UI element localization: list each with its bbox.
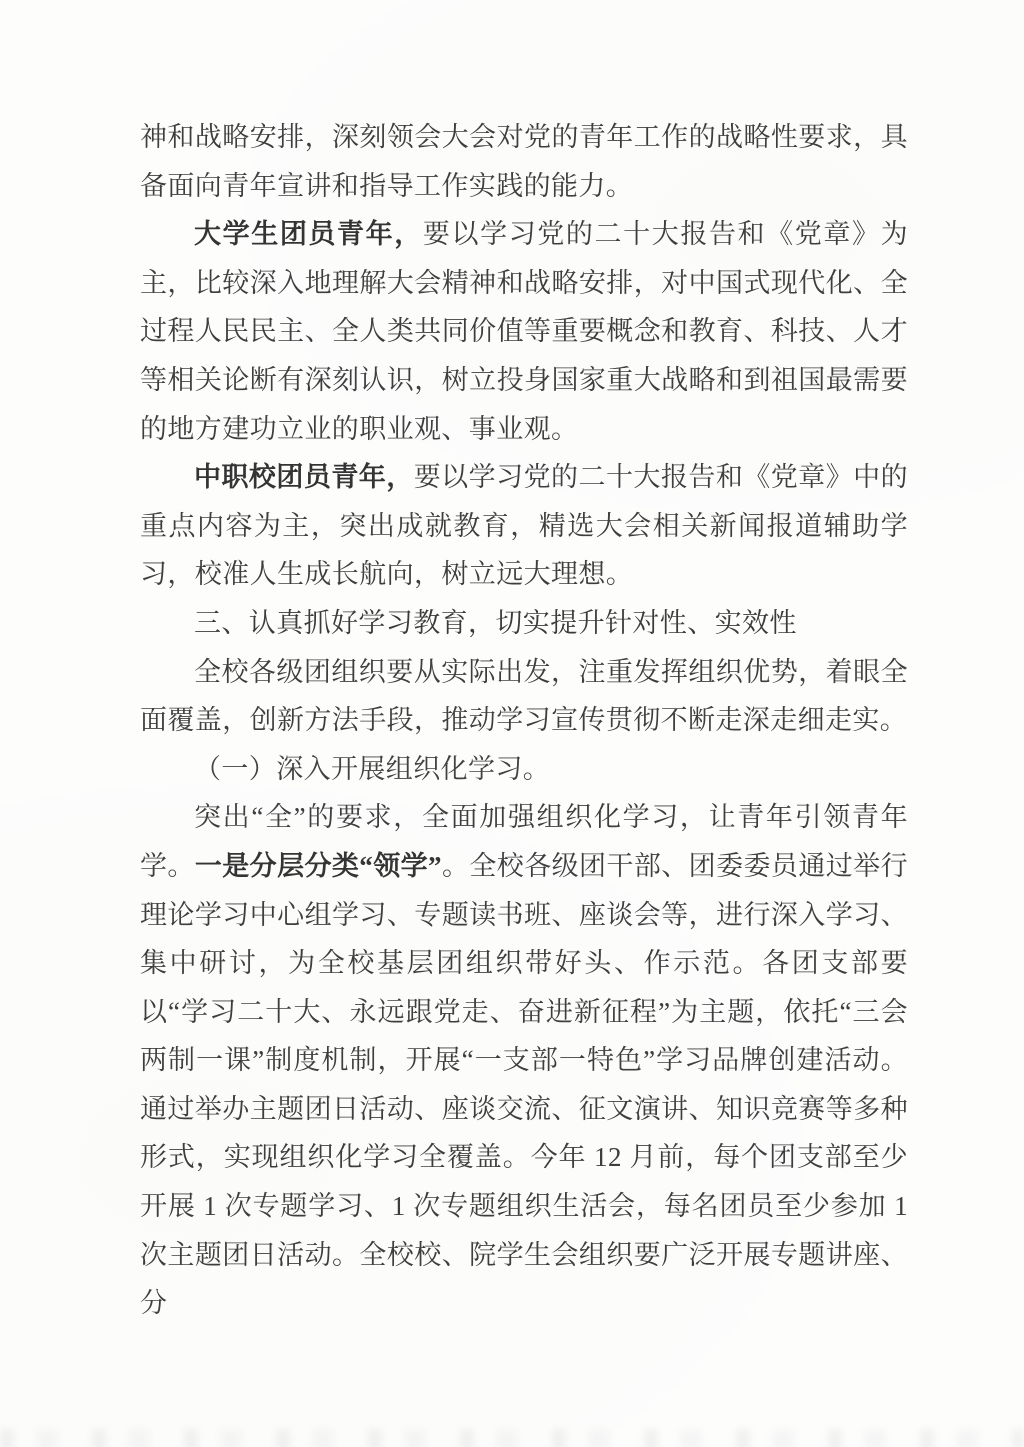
text-segment: （一）深入开展组织化学习。 — [194, 754, 550, 784]
text-segment: 大学生团员青年， — [194, 219, 423, 249]
text-segment: 一是分层分类“领学” — [195, 851, 442, 881]
paragraph: 大学生团员青年，要以学习党的二十大报告和《党章》为主，比较深入地理解大会精神和战… — [140, 210, 908, 453]
scanned-document-page: 神和战略安排，深刻领会大会对党的青年工作的战略性要求，具备面向青年宣讲和指导工作… — [0, 0, 1024, 1447]
paragraph: 突出“全”的要求，全面加强组织化学习，让青年引领青年学。一是分层分类“领学”。全… — [140, 793, 908, 1328]
text-segment: 中职校团员青年， — [194, 462, 414, 492]
section-heading: 三、认真抓好学习教育，切实提升针对性、实效性 — [140, 599, 908, 648]
text-segment: 全校各级团组织要从实际出发，注重发挥组织优势，着眼全面覆盖，创新方法手段，推动学… — [140, 657, 908, 736]
text-segment: 神和战略安排，深刻领会大会对党的青年工作的战略性要求，具备面向青年宣讲和指导工作… — [140, 122, 908, 201]
paragraph: 中职校团员青年，要以学习党的二十大报告和《党章》中的重点内容为主，突出成就教育，… — [140, 453, 908, 599]
page-bleed-through-artifact — [0, 1429, 1024, 1447]
text-segment: 要以学习党的二十大报告和《党章》为主，比较深入地理解大会精神和战略安排，对中国式… — [140, 219, 908, 443]
document-body: 神和战略安排，深刻领会大会对党的青年工作的战略性要求，具备面向青年宣讲和指导工作… — [140, 113, 908, 1328]
text-segment: 。全校各级团干部、团委委员通过举行理论学习中心组学习、专题读书班、座谈会等，进行… — [140, 851, 908, 1318]
sub-heading: （一）深入开展组织化学习。 — [140, 745, 908, 794]
paragraph: 神和战略安排，深刻领会大会对党的青年工作的战略性要求，具备面向青年宣讲和指导工作… — [140, 113, 908, 210]
text-segment: 三、认真抓好学习教育，切实提升针对性、实效性 — [194, 608, 797, 638]
paragraph: 全校各级团组织要从实际出发，注重发挥组织优势，着眼全面覆盖，创新方法手段，推动学… — [140, 648, 908, 745]
